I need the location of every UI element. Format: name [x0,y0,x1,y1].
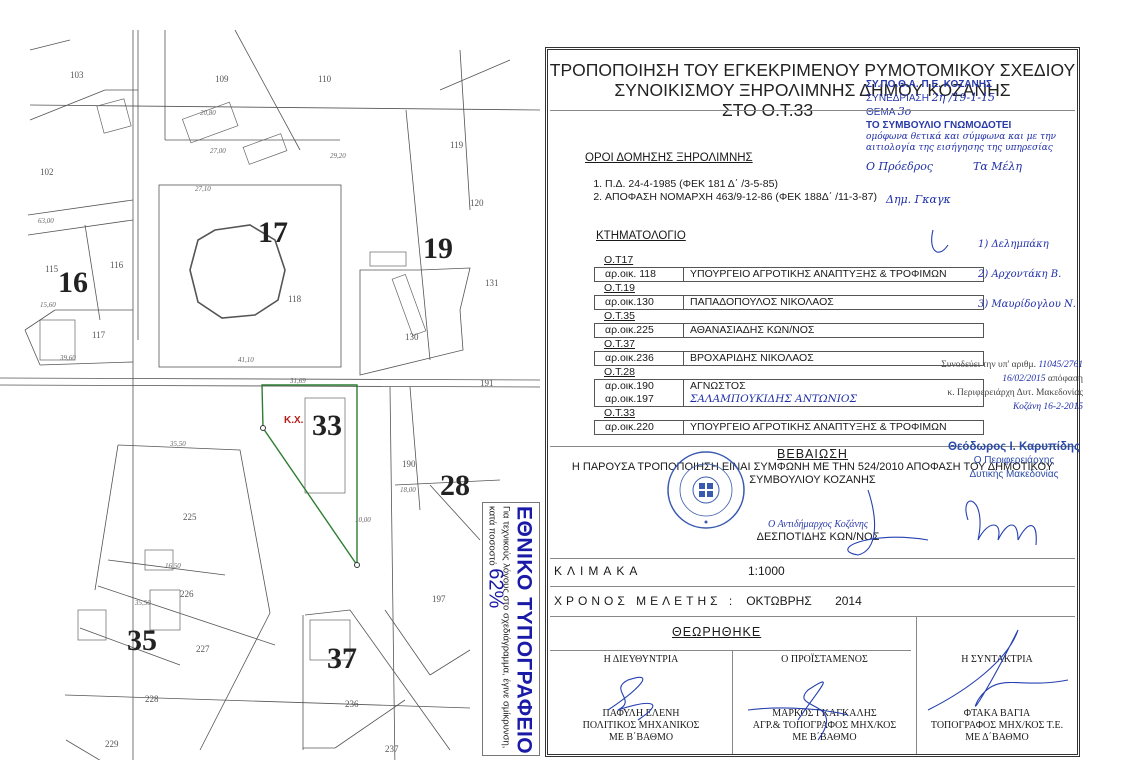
divider [550,616,1075,617]
svg-text:20,80: 20,80 [200,109,216,117]
svg-text:190: 190 [402,459,416,469]
svg-text:27,10: 27,10 [195,185,211,193]
svg-text:229: 229 [105,739,119,749]
terms-item: Π.Δ. 24-4-1985 (ΦΕΚ 181 Δ΄ /3-5-85) [605,178,877,191]
certification: ΒΕΒΑΙΩΣΗ Η ΠΑΡΟΥΣΑ ΤΡΟΠΟΠΟΙΗΣΗ ΕΙΝΑΙ ΣΥΜ… [548,448,1077,487]
svg-text:117: 117 [92,330,106,340]
block-28: 28 [440,469,470,502]
plot-number: αρ.οικ.225 [595,324,684,337]
plot-number: αρ.οικ. 118 [595,268,684,281]
signatory-head: Ο ΠΡΟΪΣΤΑΜΕΝΟΣ ΜΑΡΚΟΣ ΓΚΑΓΚΑΛΗΣ ΑΓΡ.& ΤΟ… [733,650,916,754]
plot-number: αρ.οικ.130 [595,296,684,309]
study-date: ΧΡΟΝΟΣ ΜΕΛΕΤΗΣ : ΟΚΤΩΒΡΗΣ 2014 [554,594,862,608]
national-printing-office-note: ΕΘΝΙΚΟ ΤΥΠΟΓΡΑΦΕΙΟ Για τεχνικούς λόγους … [482,502,540,756]
municipal-seal-icon [666,450,746,530]
svg-text:225: 225 [183,512,197,522]
accompanying-decision: Συνοδεύει την υπ' αριθμ. 11045/2761 16/0… [868,358,1087,414]
svg-text:102: 102 [40,167,54,177]
svg-text:39,60: 39,60 [59,354,76,362]
svg-text:115: 115 [45,264,59,274]
signatory-director: Η ΔΙΕΥΘΥΝΤΡΙΑ ΠΑΦΥΛΗ ΕΛΕΝΗ ΠΟΛΙΤΙΚΟΣ ΜΗΧ… [550,650,732,754]
note-text: Για τεχνικούς λόγους στο σχεδιάγραμμα, έ… [487,506,512,752]
committee-handwritten-note: ομόφωνα θετικά και σύμφωνα και με την αι… [866,132,1076,154]
cadastre-row-group: αρ.οικ.225ΑΘΑΝΑΣΙΑΔΗΣ ΚΩΝ/ΝΟΣ [594,323,984,338]
cadastre-row-group: αρ.οικ. 118ΥΠΟΥΡΓΕΙΟ ΑΓΡΟΤΙΚΗΣ ΑΝΑΠΤΥΞΗΣ… [594,267,984,282]
divider [550,586,1075,587]
table-row: αρ.οικ. 118ΥΠΟΥΡΓΕΙΟ ΑΓΡΟΤΙΚΗΣ ΑΝΑΠΤΥΞΗΣ… [594,267,984,282]
cadastre-heading: ΚΤΗΜΑΤΟΛΟΓΙΟ [596,230,984,242]
terms-heading: ΟΡΟΙ ΔΟΜΗΣΗΣ ΞΗΡΟΛΙΜΝΗΣ [585,152,877,164]
highlight-label: Κ.Χ. [284,415,304,426]
terms-item: ΑΠΟΦΑΣΗ ΝΟΜΑΡΧΗ 463/9-12-86 (ΦΕΚ 188Δ΄ /… [605,191,877,204]
svg-text:27,00: 27,00 [210,147,226,155]
cadastral-map: Κ.Χ. 17 19 16 33 28 35 37 103 109 110 11… [0,30,545,760]
table-row: αρ.οικ.130ΠΑΠΑΔΟΠΟΥΛΟΣ ΝΙΚΟΛΑΟΣ [594,295,984,310]
note-title: ΕΘΝΙΚΟ ΤΥΠΟΓΡΑΦΕΙΟ [512,506,536,752]
svg-text:110: 110 [318,74,332,84]
svg-text:29,20: 29,20 [330,152,346,160]
title-block-sheet: ΤΡΟΠΟΠΟΙΗΣΗ ΤΟΥ ΕΓΚΕΚΡΙΜΕΝΟΥ ΡΥΜΟΤΟΜΙΚΟΥ… [545,47,1080,757]
deputy-mayor-signature: Ο Αντιδήμαρχος Κοζάνης ΔΕΣΠΟΤΙΔΗΣ ΚΩΝ/ΝΟ… [738,518,898,544]
svg-text:116: 116 [110,260,124,270]
scale-value: 1:1000 [748,564,785,578]
owner-name: ΥΠΟΥΡΓΕΙΟ ΑΓΡΟΤΙΚΗΣ ΑΝΑΠΤΥΞΗΣ & ΤΡΟΦΙΜΩΝ [684,421,983,434]
block-16: 16 [58,266,88,299]
divider [550,558,1075,559]
reviewed-heading: ΘΕΩΡΗΘΗΚΕ [672,625,761,639]
svg-text:16,50: 16,50 [165,562,181,570]
svg-text:197: 197 [432,594,446,604]
svg-text:109: 109 [215,74,229,84]
block-37: 37 [327,642,357,675]
svg-text:63,00: 63,00 [38,217,54,225]
svg-text:191: 191 [480,378,494,388]
cadastre-block-label: Ο.Τ.35 [604,310,984,323]
svg-text:41,10: 41,10 [238,356,254,364]
plot-number: αρ.οικ.197 [595,393,684,406]
signatory-author: Η ΣΥΝΤΑΚΤΡΙΑ ΦΤΑΚΑ ΒΑΓΙΑ ΤΟΠΟΓΡΑΦΟΣ ΜΗΧ/… [917,620,1077,754]
svg-text:15,60: 15,60 [40,301,56,309]
building-terms: ΟΡΟΙ ΔΟΜΗΣΗΣ ΞΗΡΟΛΙΜΝΗΣ Π.Δ. 24-4-1985 (… [585,152,877,204]
reduction-percent: 62% [485,568,507,608]
scale-label: ΚΛΙΜΑΚΑ [554,564,642,578]
map-drawing: Κ.Χ. 17 19 16 33 28 35 37 103 109 110 11… [0,30,545,760]
svg-text:130: 130 [405,332,419,342]
svg-text:236: 236 [345,699,359,709]
svg-text:119: 119 [450,140,464,150]
cadastre-row-group: αρ.οικ.220ΥΠΟΥΡΓΕΙΟ ΑΓΡΟΤΙΚΗΣ ΑΝΑΠΤΥΞΗΣ … [594,420,984,435]
svg-text:31,69: 31,69 [289,377,306,385]
cadastre-row-group: αρ.οικ.130ΠΑΠΑΔΟΠΟΥΛΟΣ ΝΙΚΟΛΑΟΣ [594,295,984,310]
block-19: 19 [423,232,453,265]
block-17: 17 [258,216,288,249]
block-35: 35 [127,624,157,657]
block-33: 33 [312,409,342,442]
owner-name: ΥΠΟΥΡΓΕΙΟ ΑΓΡΟΤΙΚΗΣ ΑΝΑΠΤΥΞΗΣ & ΤΡΟΦΙΜΩΝ [684,268,983,281]
certification-heading: ΒΕΒΑΙΩΣΗ [548,448,1077,461]
svg-text:227: 227 [196,644,210,654]
table-row: αρ.οικ.220ΥΠΟΥΡΓΕΙΟ ΑΓΡΟΤΙΚΗΣ ΑΝΑΠΤΥΞΗΣ … [594,420,984,435]
member-signatures: 1) Δελημπάκη 2) Αρχοντάκη Β. 3) Μαυρίδογ… [978,230,1088,320]
svg-text:35,50: 35,50 [134,599,151,607]
svg-text:120: 120 [470,198,484,208]
plot-number: αρ.οικ.236 [595,352,684,365]
svg-text:35,50: 35,50 [169,440,186,448]
plot-number: αρ.οικ.190 [595,380,684,393]
svg-text:118: 118 [288,294,302,304]
svg-text:228: 228 [145,694,159,704]
svg-text:18,00: 18,00 [400,486,416,494]
svg-text:103: 103 [70,70,84,80]
table-row: αρ.οικ.225ΑΘΑΝΑΣΙΑΔΗΣ ΚΩΝ/ΝΟΣ [594,323,984,338]
divider [550,110,1075,111]
plot-number: αρ.οικ.220 [595,421,684,434]
owner-name: ΑΘΑΝΑΣΙΑΔΗΣ ΚΩΝ/ΝΟΣ [684,324,983,337]
svg-text:10,00: 10,00 [355,516,371,524]
committee-stamp: ΣΥ.ΠΟ.Θ.Α. Π.Ε. ΚΟΖΑΝΗΣ ΣΥΝΕΔΡΙΑΣΗ 2η /1… [866,78,1076,206]
svg-text:226: 226 [180,589,194,599]
svg-text:237: 237 [385,744,399,754]
owner-name: ΠΑΠΑΔΟΠΟΥΛΟΣ ΝΙΚΟΛΑΟΣ [684,296,983,309]
cadastre-block-label: Ο.Τ17 [604,254,984,267]
cadastre-block-label: Ο.Τ.19 [604,282,984,295]
svg-text:131: 131 [485,278,499,288]
cadastre-block-label: Ο.Τ.37 [604,338,984,351]
